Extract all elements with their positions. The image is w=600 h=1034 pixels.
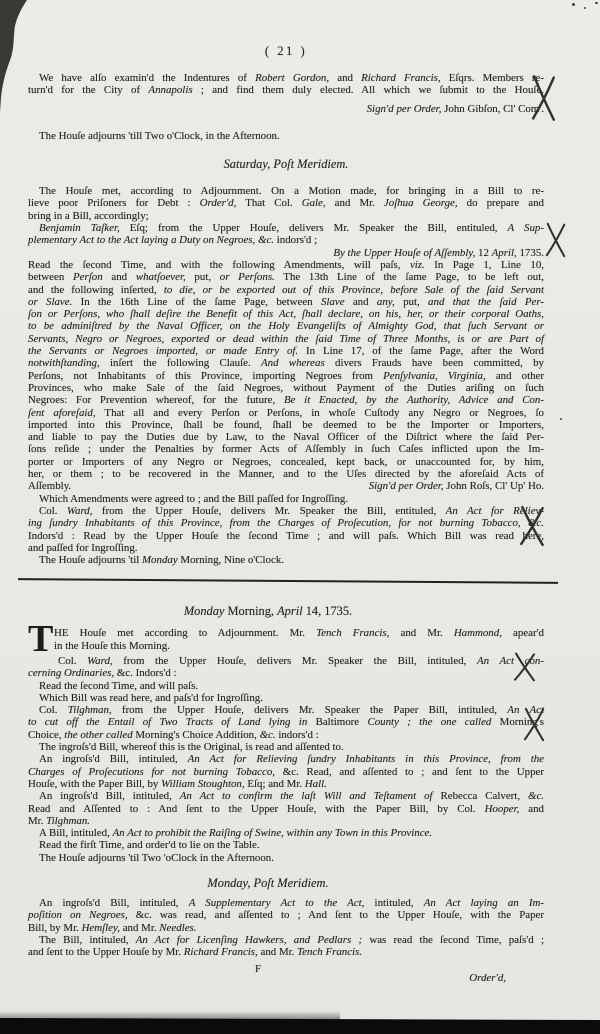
text-line: The Houſe adjourns 'til Two 'oClock in t… [28, 852, 544, 864]
text-line: The Houſe adjourns 'till Two o'Clock, in… [28, 130, 544, 142]
text-line: ing ſundry Inhabitants of this Province,… [28, 517, 544, 529]
text-line: Mr. Tilghman. [28, 815, 544, 827]
section-divider [18, 579, 558, 587]
text-line: ſon or Perſons, who ſhall deſire the Ben… [28, 308, 544, 320]
text-line: Col. Ward, from the Upper Houſe, deliver… [28, 505, 544, 517]
text-line: Provinces, who make Sale of the ſaid Neg… [28, 382, 544, 394]
text-line: lieve poor Priſoners for Debt : Order'd,… [28, 197, 544, 209]
scanned-document-page: ( 21 )We have alſo examin'd the Indentur… [0, 0, 600, 1034]
text-line: Bill, by Mr. Hemſley, and Mr. Needles. [28, 922, 544, 934]
text-line: ſent aforeſaid, That all and every Perſo… [28, 407, 544, 419]
handwritten-x-icon [531, 74, 557, 122]
document-text: ( 21 )We have alſo examin'd the Indentur… [28, 42, 544, 984]
text-line: Servants, Negro or Negroes, exported or … [28, 333, 544, 345]
text-line: Col. Ward, from the Upper Houſe, deliver… [28, 655, 544, 667]
section-heading: Saturday, Poſt Meridiem. [28, 157, 544, 171]
text-line: Indors'd : Read by the Upper Houſe the ſ… [28, 530, 544, 542]
text-line: Read the ſecond Time, and will paſs. [28, 680, 544, 692]
section-heading: Monday Morning, April 14, 1735. [10, 604, 526, 618]
text-line: Which Bill was read here, and paſs'd for… [28, 692, 544, 704]
scan-band [0, 1018, 600, 1034]
handwritten-x-icon [523, 707, 546, 742]
text-line: Aſſembly.Sign'd per Order, John Roſs, Cl… [28, 480, 544, 492]
section-heading: Monday, Poſt Meridiem. [10, 876, 526, 890]
text-line: HE Houſe met according to Adjournment. M… [28, 627, 544, 639]
drop-cap-initial: T [28, 622, 53, 656]
text-line: The Houſe met, according to Adjournment.… [28, 185, 544, 197]
text-line: Perſons, not Inhabitants of this Provinc… [28, 370, 544, 382]
text-line: F [0, 963, 516, 975]
text-line: Read the ſecond Time, and with the follo… [28, 259, 544, 271]
text-line: Charges of Proſecutions for not burning … [28, 766, 544, 778]
handwritten-x-icon [513, 652, 537, 682]
text-line: poſition on Negroes, &c. was read, and a… [28, 909, 544, 921]
scan-speckle [560, 418, 562, 420]
text-line: and ſent to the Upper Houſe by Mr. Richa… [28, 946, 544, 958]
text-line: the Servants or Negroes imported, or mad… [28, 345, 544, 357]
text-line: and liable to pay the Duties due by Law,… [28, 431, 544, 443]
text-line: Sign'd per Order, John Gibſon, Cl' Com'. [28, 103, 544, 115]
text-line: between Perſon and whatſoever, put, or P… [28, 271, 544, 283]
page-number: ( 21 ) [28, 44, 544, 59]
text-line: An ingroſs'd Bill, intituled, A Suppleme… [28, 897, 544, 909]
text-line: or Slave. In the 16th Line of the ſame P… [28, 296, 544, 308]
text-line: Read the firſt Time, and order'd to lie … [28, 839, 544, 851]
text-line: By the Upper Houſe of Aſſembly, 12 April… [28, 247, 544, 259]
text-line: We have alſo examin'd the Indentures of … [28, 72, 544, 84]
text-line: An ingroſs'd Bill, intituled, An Act for… [28, 753, 544, 765]
text-line: Negroes: For Prevention whereof, for the… [28, 394, 544, 406]
scan-speckle [572, 3, 575, 6]
text-line: Read and Aſſented to : And ſent to the U… [28, 803, 544, 815]
text-line: An ingroſs'd Bill, intituled, An Act to … [28, 790, 544, 802]
text-line: The ingroſs'd Bill, whereof this is the … [28, 741, 544, 753]
text-line: The Bill, intituled, An Act for Licenſin… [28, 934, 544, 946]
handwritten-x-icon [545, 222, 567, 258]
scan-speckle [584, 7, 586, 9]
text-line: imported into this Province, ſhall be fo… [28, 419, 544, 431]
text-line: The Houſe adjourns 'til Monday Morning, … [28, 554, 544, 566]
text-line: A Bill, intituled, An Act to prohibit th… [28, 827, 544, 839]
text-line: bring in a Bill, accordingly; [28, 210, 544, 222]
text-line: ſons reſide ; under the Penalties by for… [28, 443, 544, 455]
text-line: Benjamin Taſker, Eſq; from the Upper Hou… [28, 222, 544, 234]
text-line: notwithſtanding, inſert the following Cl… [28, 357, 544, 369]
text-line: in the Houſe this Morning. [28, 640, 544, 652]
text-line: Houſe, with the Paper Bill, by William S… [28, 778, 544, 790]
text-line: to be adminiſtred by the Naval Officer, … [28, 320, 544, 332]
text-line: Which Amendments were agreed to ; and th… [28, 493, 544, 505]
text-line: her, or them ; to be recovered in the Ma… [28, 468, 544, 480]
text-line: porter or Importers of any Negro or Negr… [28, 456, 544, 468]
scan-speckle [595, 2, 598, 4]
handwritten-x-icon [519, 505, 546, 547]
text-line: cerning Ordinaries, &c. Indors'd : [28, 667, 544, 679]
text-line: and paſſed for Ingroſſing. [28, 542, 544, 554]
text-line: to cut off the Entail of Two Tracts of L… [28, 716, 544, 728]
text-line: Col. Tilghman, from the Upper Houſe, del… [28, 704, 544, 716]
text-line: Choice, the other called Morning's Choic… [28, 729, 544, 741]
text-line: turn'd for the City of Annapolis ; and f… [28, 84, 544, 96]
text-line: plementary Act to the Act laying a Duty … [28, 234, 544, 246]
text-line: and the following inſerted, to die, or b… [28, 284, 544, 296]
